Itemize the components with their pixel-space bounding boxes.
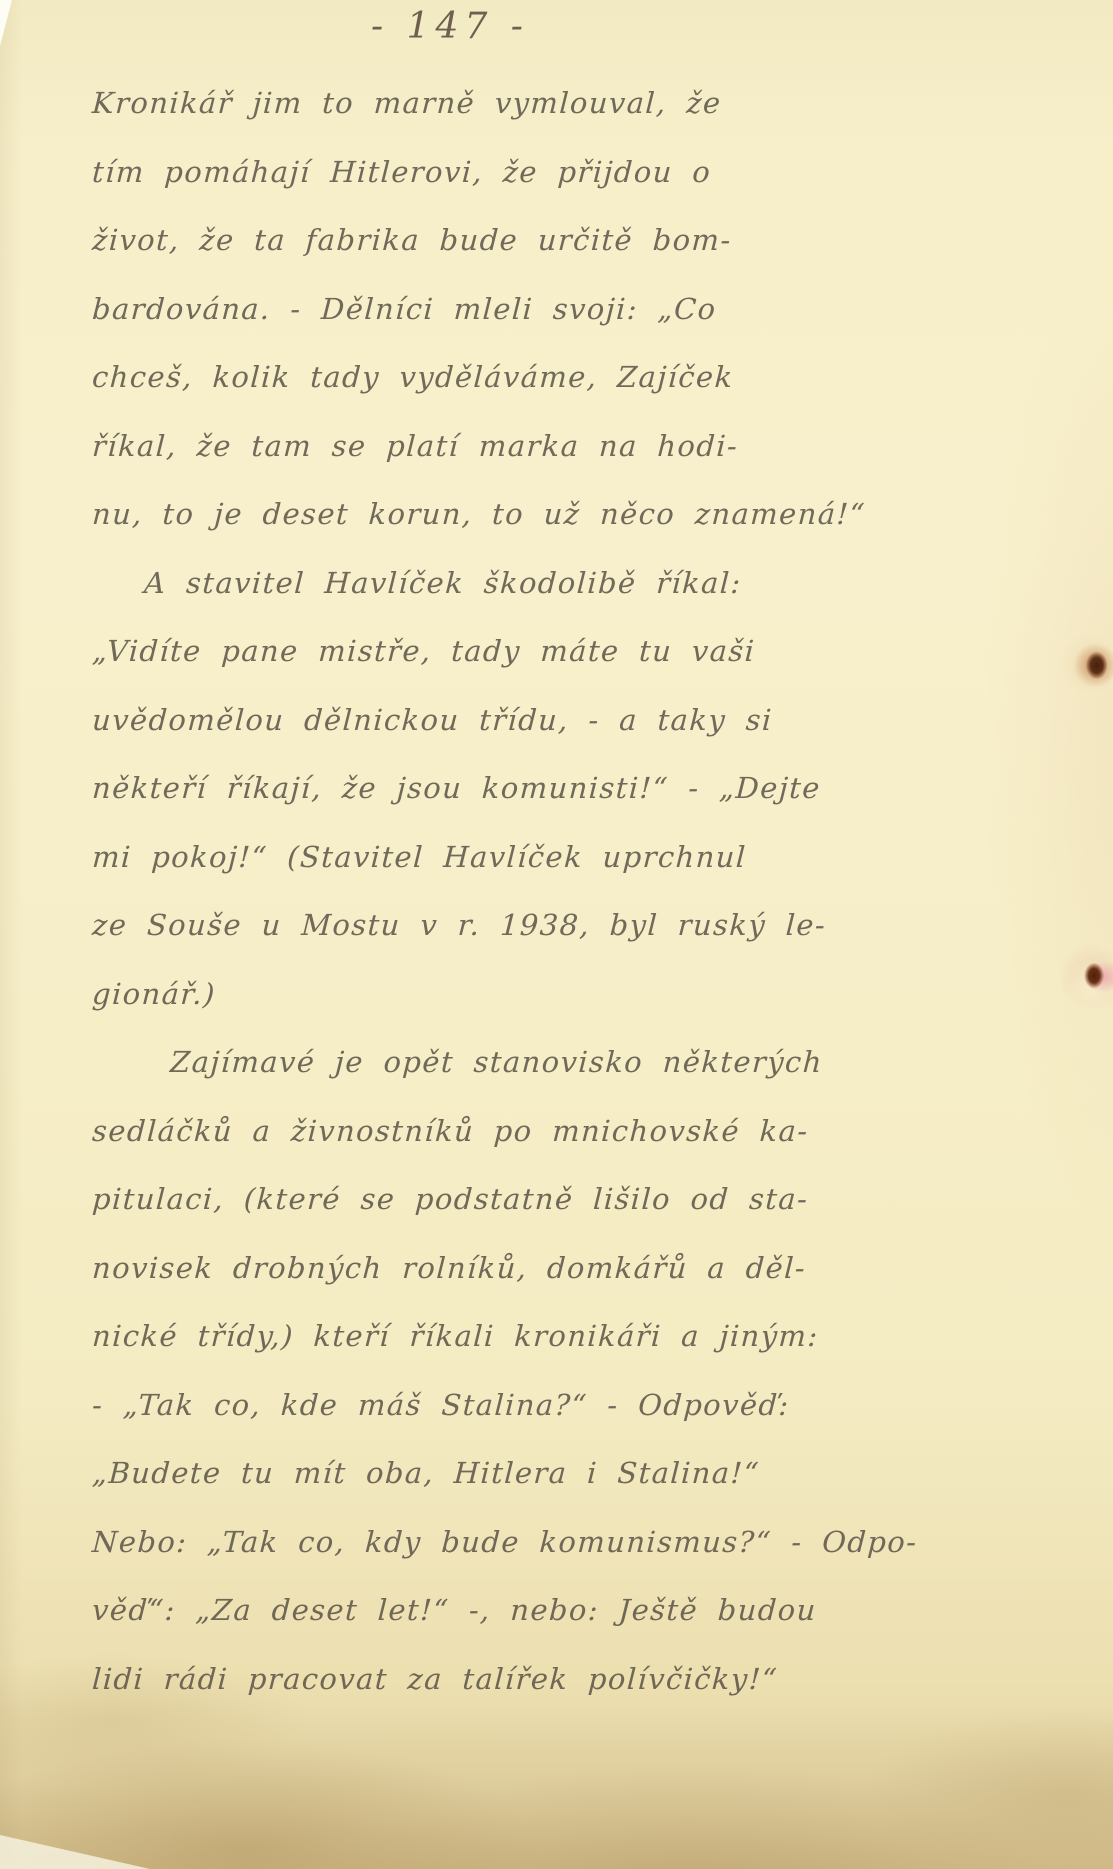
handwritten-line: říkal, že tam se platí marka na hodi- — [90, 415, 1044, 484]
page-number: - 147 - — [0, 6, 900, 47]
handwritten-line: pitulaci, (které se podstatně lišilo od … — [90, 1168, 1044, 1237]
handwritten-text-block: Kronikář jim to marně vymlouval, že tím … — [92, 72, 1042, 1716]
handwritten-line: Nebo: „Tak co, kdy bude komunismus?“ - O… — [90, 1511, 1044, 1580]
handwritten-line: Kronikář jim to marně vymlouval, že — [90, 72, 1044, 141]
binding-hole-top — [1057, 630, 1113, 698]
handwritten-line: A stavitel Havlíček škodolibě říkal: — [90, 552, 1044, 621]
handwritten-line: nické třídy,) kteří říkali kronikáři a j… — [90, 1305, 1044, 1374]
handwritten-line: „Vidíte pane mistře, tady máte tu vaši — [90, 620, 1044, 689]
handwritten-line: věď“: „Za deset let!“ -, nebo: Ještě bud… — [90, 1579, 1044, 1648]
handwritten-line: - „Tak co, kde máš Stalina?“ - Odpověď: — [90, 1374, 1044, 1443]
handwritten-line: tím pomáhají Hitlerovi, že přijdou o — [90, 141, 1044, 210]
handwritten-line: někteří říkají, že jsou komunisti!“ - „D… — [90, 757, 1044, 826]
handwritten-line: chceš, kolik tady vyděláváme, Zajíček — [90, 346, 1044, 415]
handwritten-line: lidi rádi pracovat za talířek polívčičky… — [90, 1648, 1044, 1717]
handwritten-line: uvědomělou dělnickou třídu, - a taky si — [90, 689, 1044, 758]
binding-hole-bottom — [1057, 942, 1113, 1012]
handwritten-line: nu, to je deset korun, to už něco znamen… — [90, 483, 1044, 552]
manuscript-page: - 147 - Kronikář jim to marně vymlouval,… — [0, 0, 1113, 1869]
scan-corner-bottom-left — [0, 1835, 150, 1869]
handwritten-line: „Budete tu mít oba, Hitlera i Stalina!“ — [90, 1442, 1044, 1511]
handwritten-line: život, že ta fabrika bude určitě bom- — [90, 209, 1044, 278]
handwritten-line: Zajímavé je opět stanovisko některých — [90, 1031, 1044, 1100]
handwritten-line: novisek drobných rolníků, domkářů a děl- — [90, 1237, 1044, 1306]
handwritten-line: mi pokoj!“ (Stavitel Havlíček uprchnul — [90, 826, 1044, 895]
handwritten-line: sedláčků a živnostníků po mnichovské ka- — [90, 1100, 1044, 1169]
handwritten-line: gionář.) — [90, 963, 1044, 1032]
handwritten-line: bardována. - Dělníci mleli svoji: „Co — [90, 278, 1044, 347]
handwritten-line: ze Souše u Mostu v r. 1938, byl ruský le… — [90, 894, 1044, 963]
